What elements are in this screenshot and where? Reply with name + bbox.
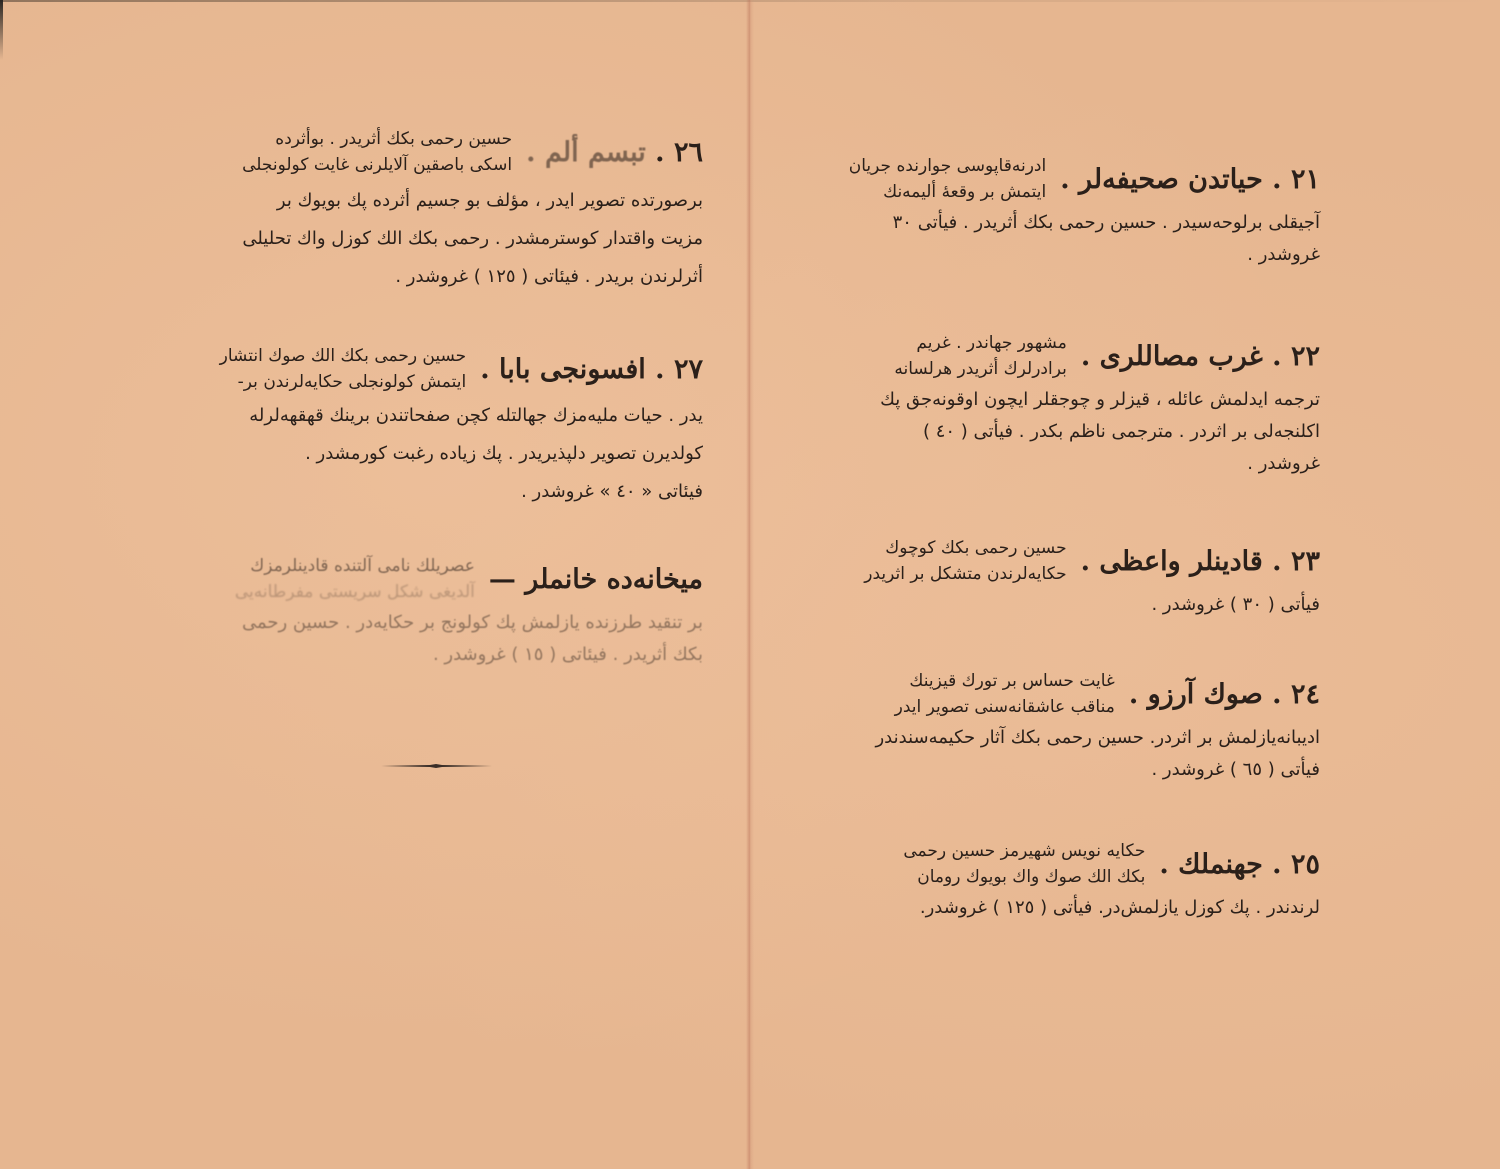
entry-title: ٢٣ . قادينلر واعظى . <box>1081 546 1320 577</box>
catalog-entry-23: ٢٣ . قادينلر واعظى . حسين رحمى بكك كوچوك… <box>780 535 1320 621</box>
entry-title: ميخانه‌ده خانملر — <box>489 564 703 595</box>
catalog-entry-25: ٢٥ . جهنملك . حكايه نويس شهيرمز حسين رحم… <box>780 838 1320 924</box>
entry-side-text: مشهور جهاندر . غريم برادرلرك أثريدر هرلس… <box>894 330 1066 382</box>
entry-side-text: حسين رحمى بكك كوچوك حكايه‌لرندن متشكل بر… <box>864 535 1066 587</box>
entry-body: لرندندر . پك كوزل يازلمش‌در. فيأتى ( ١٢٥… <box>780 892 1320 924</box>
catalog-entry-24: ٢٤ . صوك آرزو . غايت حساس بر تورك قيزينك… <box>780 668 1320 786</box>
book-spread: ٢٦ . تبسم ألم . حسين رحمى بكك أثريدر . ب… <box>0 0 1500 1169</box>
entry-side-text: غايت حساس بر تورك قيزينك مناقب عاشقانه‌س… <box>895 668 1115 720</box>
entry-body: آجيقلى برلوحه‌سيدر . حسين رحمى بكك أثريد… <box>780 207 1320 271</box>
entry-title: ٢٤ . صوك آرزو . <box>1129 679 1320 710</box>
entry-title: ٢٥ . جهنملك . <box>1159 849 1320 880</box>
catalog-entry-27: ٢٧ . افسونجى بابا . حسين رحمى بكك الك صو… <box>173 343 703 511</box>
catalog-entry-22: ٢٢ . غرب مصاللرى . مشهور جهاندر . غريم ب… <box>780 330 1320 480</box>
entry-head: ٢٤ . صوك آرزو . غايت حساس بر تورك قيزينك… <box>780 668 1320 720</box>
end-ornament-rule <box>380 764 492 768</box>
catalog-entry-meyhanede-hanimlar: ميخانه‌ده خانملر — عصريلك نامى آلتنده قا… <box>173 553 703 671</box>
entry-side-text: حكايه نويس شهيرمز حسين رحمى بكك الك صوك … <box>903 838 1145 890</box>
entry-side-text: عصريلك نامى آلتنده قادينلرمزك آلديغى شكل… <box>235 553 475 605</box>
entry-body: اديبانه‌يازلمش بر اثردر. حسين رحمى بكك آ… <box>780 722 1320 786</box>
catalog-entry-26: ٢٦ . تبسم ألم . حسين رحمى بكك أثريدر . ب… <box>173 126 703 296</box>
entry-head: ٢١ . حياتدن صحيفه‌لر . ادرنه‌قاپوسى جوار… <box>780 153 1320 205</box>
entry-head: ٢٦ . تبسم ألم . حسين رحمى بكك أثريدر . ب… <box>173 126 703 178</box>
left-page: ٢٦ . تبسم ألم . حسين رحمى بكك أثريدر . ب… <box>0 0 748 1169</box>
entry-title: ٢٦ . تبسم ألم . <box>526 137 703 168</box>
right-page: ٢١ . حياتدن صحيفه‌لر . ادرنه‌قاپوسى جوار… <box>752 0 1500 1169</box>
entry-head: ٢٢ . غرب مصاللرى . مشهور جهاندر . غريم ب… <box>780 330 1320 382</box>
entry-title: ٢٢ . غرب مصاللرى . <box>1081 341 1320 372</box>
entry-title: ٢١ . حياتدن صحيفه‌لر . <box>1060 164 1320 195</box>
entry-body: بر تنقيد طرزنده يازلمش پك كولونج بر حكاي… <box>173 607 703 671</box>
catalog-entry-21: ٢١ . حياتدن صحيفه‌لر . ادرنه‌قاپوسى جوار… <box>780 153 1320 271</box>
entry-head: ٢٧ . افسونجى بابا . حسين رحمى بكك الك صو… <box>173 343 703 395</box>
entry-head: ٢٣ . قادينلر واعظى . حسين رحمى بكك كوچوك… <box>780 535 1320 587</box>
entry-head: ٢٥ . جهنملك . حكايه نويس شهيرمز حسين رحم… <box>780 838 1320 890</box>
entry-side-text: ادرنه‌قاپوسى جوارنده جريان ايتمش بر وقعه… <box>849 153 1046 205</box>
entry-head: ميخانه‌ده خانملر — عصريلك نامى آلتنده قا… <box>173 553 703 605</box>
entry-title: ٢٧ . افسونجى بابا . <box>480 354 703 385</box>
entry-side-text: حسين رحمى بكك الك صوك انتشار ايتمش كولون… <box>220 343 467 395</box>
entry-body: فيأتى ( ٣٠ ) غروشدر . <box>780 589 1320 621</box>
entry-side-text: حسين رحمى بكك أثريدر . بوأثرده اسكى باصق… <box>242 126 512 178</box>
entry-body: ترجمه ايدلمش عائله ، قيزلر و چوجقلر ايچو… <box>780 384 1320 480</box>
entry-body: برصورتده تصوير ايدر ، مؤلف بو جسيم أثرده… <box>173 182 703 296</box>
entry-body: يدر . حيات مليه‌مزك جهالتله كچن صفحاتندن… <box>173 397 703 511</box>
